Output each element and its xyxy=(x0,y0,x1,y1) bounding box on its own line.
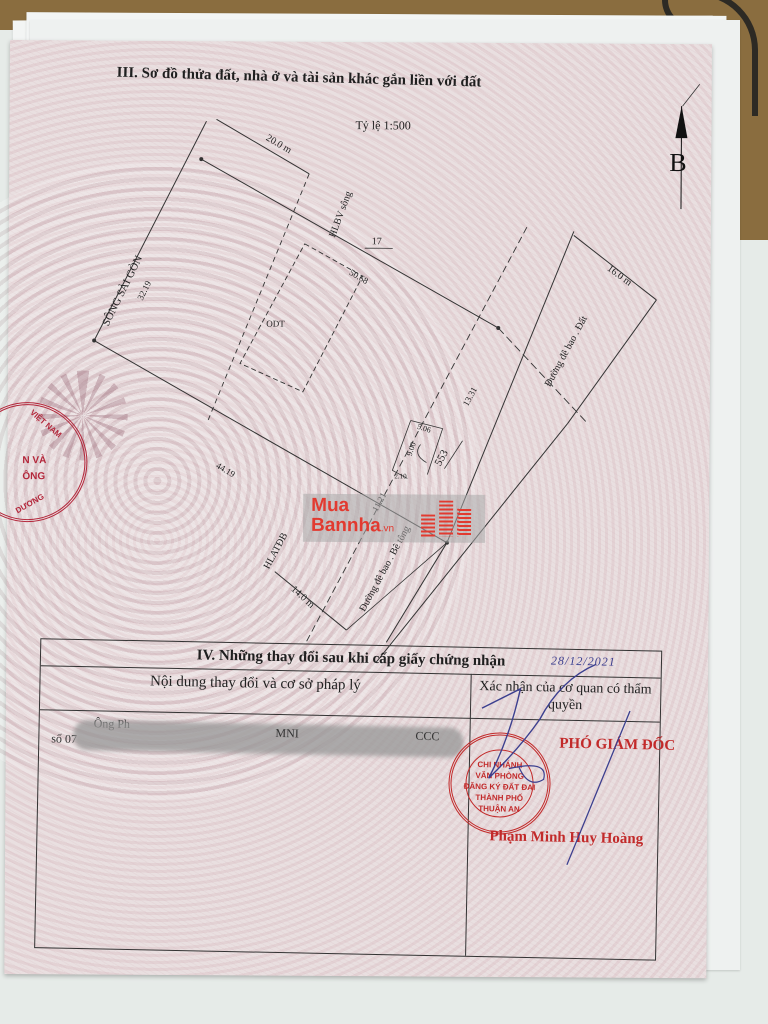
muabannha-watermark: Mua Bannha.vn xyxy=(303,494,485,543)
label-dyke-width: 16.0 m xyxy=(605,263,634,288)
section-4-changes-table: IV. Những thay đổi sau khi cấp giấy chứn… xyxy=(34,638,662,960)
handwritten-signature xyxy=(477,648,681,872)
label-road-corridor: HLATĐB xyxy=(262,531,291,571)
entry-mid-fragment: MNI xyxy=(275,726,299,741)
label-top-edge: 20.0 m xyxy=(264,133,294,157)
entry-end-fragment: CCC xyxy=(415,729,439,744)
label-small-b: 9.00 xyxy=(405,441,418,457)
label-parcel-ref: 17 xyxy=(372,236,382,247)
label-river-edge: 32.19 xyxy=(135,279,153,302)
building-logo-icon xyxy=(421,501,471,537)
north-label: B xyxy=(669,148,687,178)
label-land-use: ODT xyxy=(266,319,285,329)
header-change-content: Nội dung thay đổi và cơ sở pháp lý xyxy=(40,671,470,697)
land-certificate-page: III. Sơ đồ thửa đất, nhà ở và tài sản kh… xyxy=(4,40,712,978)
north-arrow-icon xyxy=(675,84,700,209)
watermark-logo-text: Mua Bannha.vn xyxy=(311,496,394,540)
label-edge-east-a: 13.31 xyxy=(461,385,479,408)
label-dyke-dirt: Đường đê bao . Đất xyxy=(543,314,590,389)
label-river-corridor: HLBV sông xyxy=(327,190,354,239)
label-bottom-edge: 14.0 m xyxy=(289,584,317,611)
label-south-edge: 44.19 xyxy=(214,460,237,479)
label-small-a: 5.06 xyxy=(416,422,432,435)
label-small-c: 2.10 xyxy=(394,472,407,480)
redacted-personal-info xyxy=(73,720,464,758)
